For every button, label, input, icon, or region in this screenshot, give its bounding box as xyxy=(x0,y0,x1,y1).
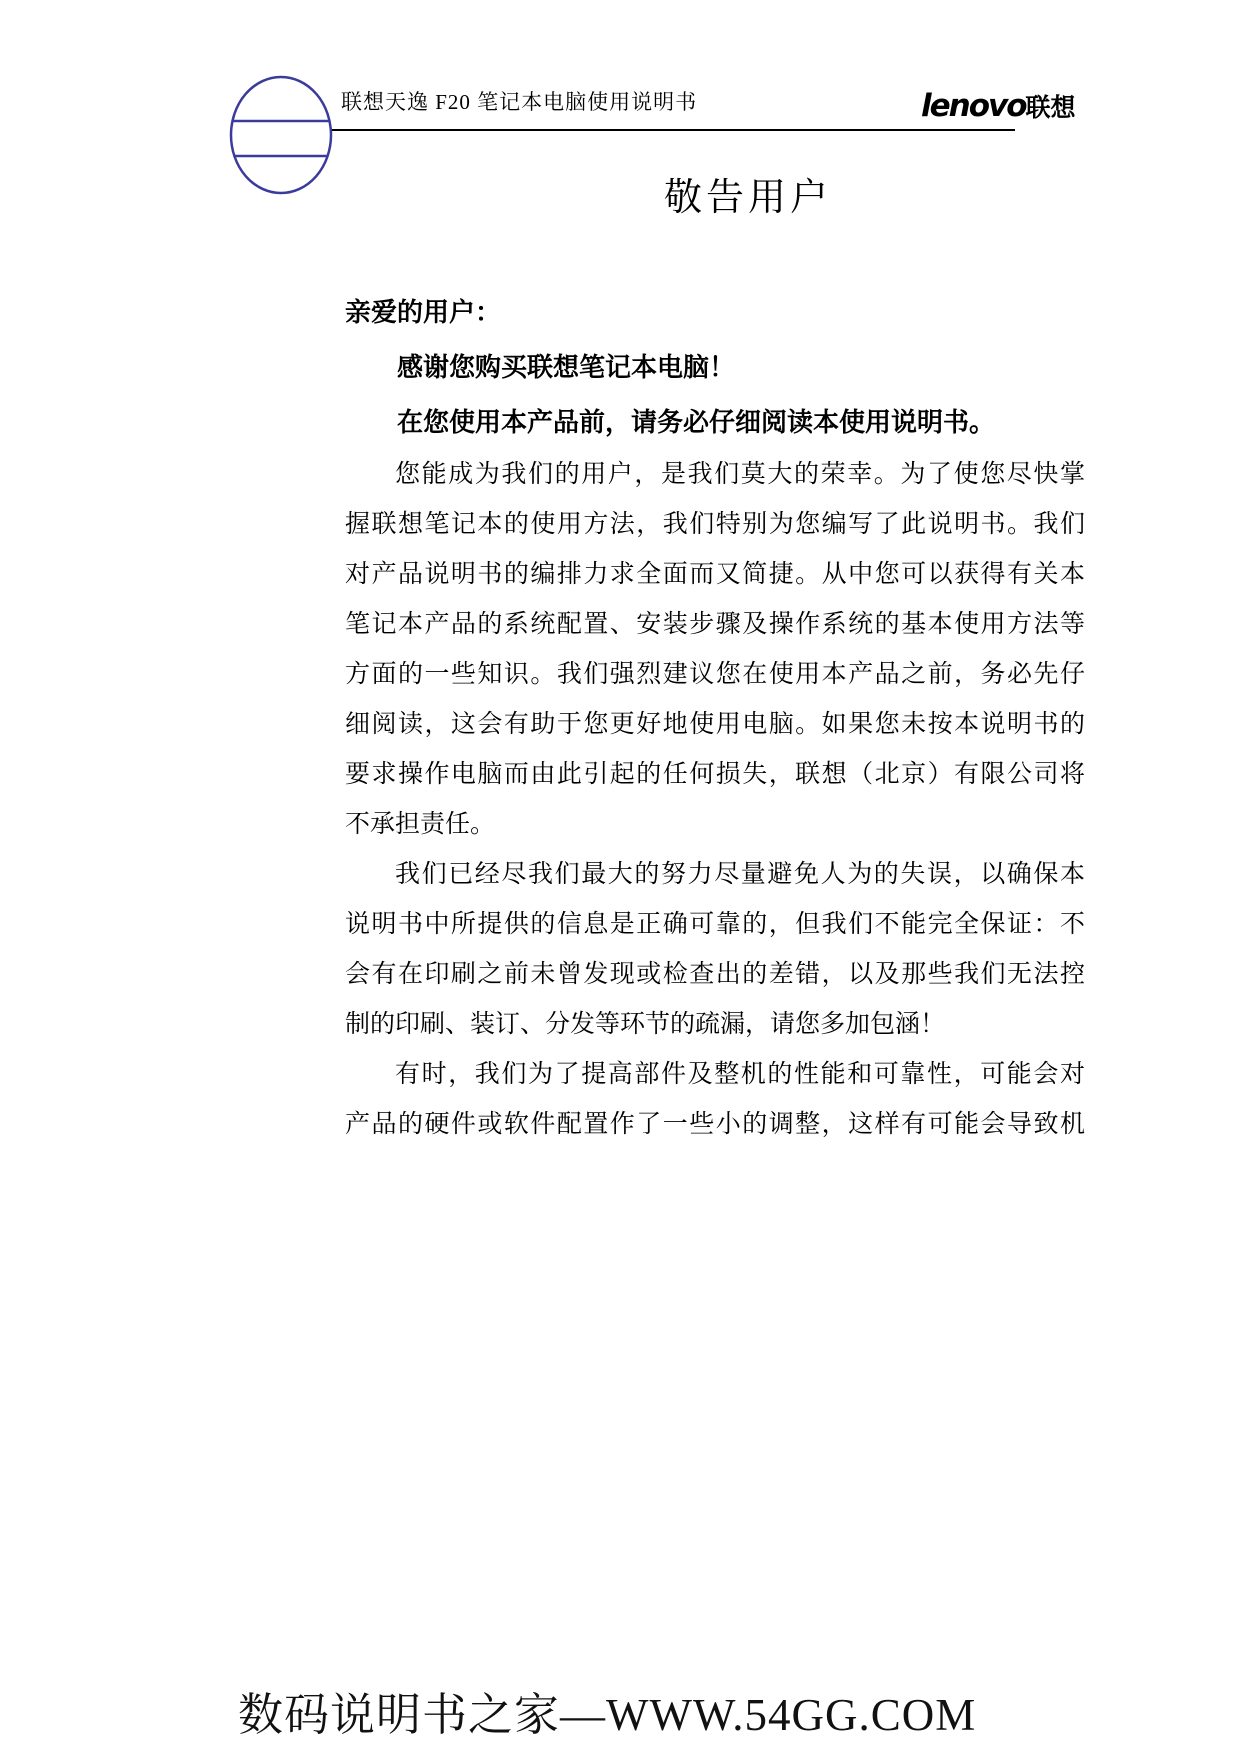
body-text-line: 要求操作电脑而由此引起的任何损失，联想（北京）有限公司将 xyxy=(345,750,1085,800)
watermark-text: 数码说明书之家—WWW.54GG.COM xyxy=(238,1688,976,1743)
manual-page: 联想天逸 F20 笔记本电脑使用说明书 lenovo联想 敬告用户 亲爱的用户：… xyxy=(0,0,1241,1755)
body-text-line: 对产品说明书的编排力求全面而又简捷。从中您可以获得有关本 xyxy=(345,550,1085,600)
lenovo-circle-logo-icon xyxy=(227,74,335,198)
body-text-line: 笔记本产品的系统配置、安装步骤及操作系统的基本使用方法等 xyxy=(345,600,1085,650)
body-text-line: 产品的硬件或软件配置作了一些小的调整，这样有可能会导致机 xyxy=(345,1100,1085,1150)
paragraph: 我们已经尽我们最大的努力尽量避免人为的失误，以确保本说明书中所提供的信息是正确可… xyxy=(345,850,1085,1050)
body-text-line: 制的印刷、装订、分发等环节的疏漏，请您多加包涵！ xyxy=(345,1000,1085,1050)
body-text-line: 我们已经尽我们最大的努力尽量避免人为的失误，以确保本 xyxy=(345,850,1085,900)
body-text-line: 握联想笔记本的使用方法，我们特别为您编写了此说明书。我们 xyxy=(345,500,1085,550)
lenovo-wordmark: lenovo联想 xyxy=(921,88,1076,124)
body-text-line: 不承担责任。 xyxy=(345,800,1085,850)
intro-lines: 亲爱的用户：感谢您购买联想笔记本电脑！在您使用本产品前，请务必仔细阅读本使用说明… xyxy=(345,285,1085,450)
body-text-line: 有时，我们为了提高部件及整机的性能和可靠性，可能会对 xyxy=(345,1050,1085,1100)
body-text-line: 细阅读，这会有助于您更好地使用电脑。如果您未按本说明书的 xyxy=(345,700,1085,750)
lenovo-latin-logo: lenovo xyxy=(921,88,1026,124)
header-rule xyxy=(332,129,1015,131)
paragraph: 有时，我们为了提高部件及整机的性能和可靠性，可能会对产品的硬件或软件配置作了一些… xyxy=(345,1050,1085,1150)
page-title: 敬告用户 xyxy=(664,172,832,224)
body-text-line: 说明书中所提供的信息是正确可靠的，但我们不能完全保证：不 xyxy=(345,900,1085,950)
body-text: 亲爱的用户：感谢您购买联想笔记本电脑！在您使用本产品前，请务必仔细阅读本使用说明… xyxy=(345,285,1085,1150)
body-text-line: 感谢您购买联想笔记本电脑！ xyxy=(345,340,1085,395)
body-text-line: 亲爱的用户： xyxy=(345,285,1085,340)
body-text-line: 方面的一些知识。我们强烈建议您在使用本产品之前，务必先仔 xyxy=(345,650,1085,700)
body-text-line: 您能成为我们的用户，是我们莫大的荣幸。为了使您尽快掌 xyxy=(345,450,1085,500)
body-text-line: 在您使用本产品前，请务必仔细阅读本使用说明书。 xyxy=(345,395,1085,450)
body-text-line: 会有在印刷之前未曾发现或检查出的差错，以及那些我们无法控 xyxy=(345,950,1085,1000)
paragraph: 您能成为我们的用户，是我们莫大的荣幸。为了使您尽快掌握联想笔记本的使用方法，我们… xyxy=(345,450,1085,850)
lenovo-cjk-logo: 联想 xyxy=(1026,94,1076,122)
header-doc-title: 联想天逸 F20 笔记本电脑使用说明书 xyxy=(341,86,697,116)
